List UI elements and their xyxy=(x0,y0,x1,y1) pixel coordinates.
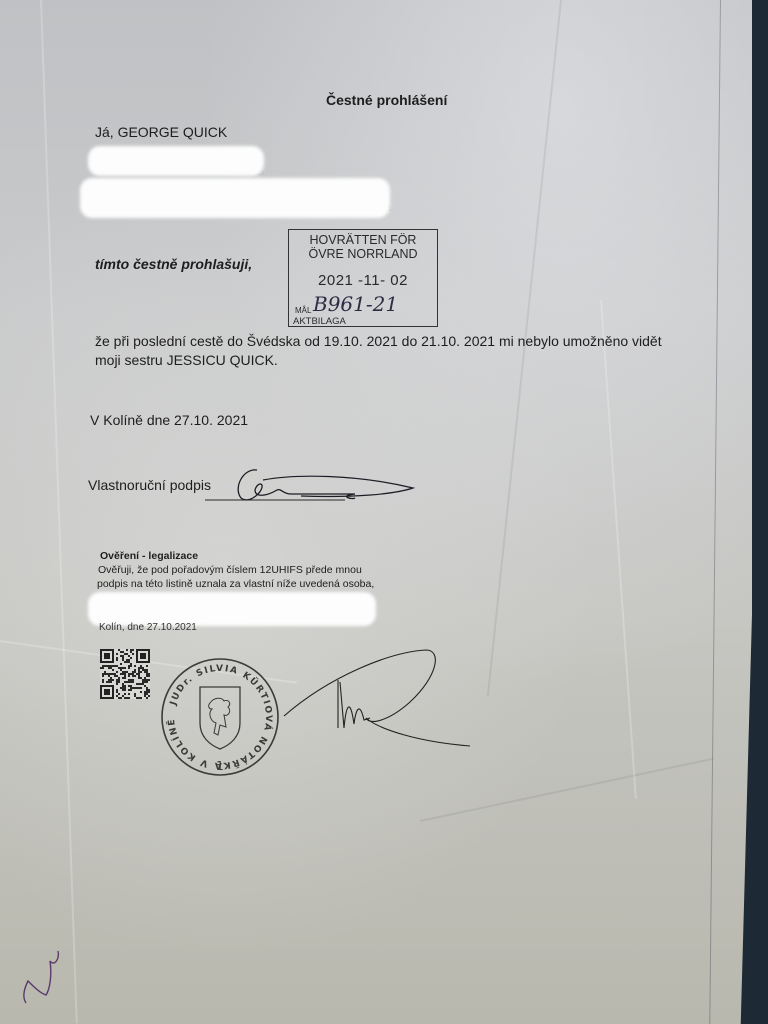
stamp-case-number: B961-21 xyxy=(313,292,398,316)
declaration-body-line-2: moji sestru JESSICU QUICK. xyxy=(95,352,278,368)
verification-text-line-2: podpis na této listině uznala za vlastní… xyxy=(97,578,374,590)
stamp-court-line-2: ÖVRE NORRLAND xyxy=(289,247,437,261)
declarant-signature xyxy=(205,460,425,510)
stamp-court-name: HOVRÄTTEN FÖR ÖVRE NORRLAND xyxy=(289,233,437,261)
declarant-name: Já, GEORGE QUICK xyxy=(95,124,227,140)
verification-date: Kolín, dne 27.10.2021 xyxy=(99,622,197,633)
redaction-block-address-2 xyxy=(80,178,390,218)
declaration-phrase: tímto čestně prohlašuji, xyxy=(95,256,252,272)
notary-signature xyxy=(270,646,480,756)
paper-crease xyxy=(420,758,714,822)
paper-fold-line xyxy=(709,0,721,1024)
stamp-attachment-label: AKTBILAGA xyxy=(293,316,346,327)
verification-text-line-1: Ověřuji, že pod pořadovým číslem 12UHIFS… xyxy=(98,564,362,576)
notary-round-seal: JUDr. SILVIA KÜRTIOVÁ NOTÁŘKA V KOLÍNĚ 1 xyxy=(158,655,282,779)
court-receipt-stamp: HOVRÄTTEN FÖR ÖVRE NORRLAND 2021 -11- 02… xyxy=(288,229,438,327)
paper-crease xyxy=(40,0,78,1023)
verification-title: Ověření - legalizace xyxy=(100,550,198,562)
seal-ring-text: JUDr. SILVIA KÜRTIOVÁ NOTÁŘKA V KOLÍNĚ xyxy=(165,664,275,771)
declaration-body-line-1: že při poslední cestě do Švédska od 19.1… xyxy=(95,333,662,349)
stamp-date: 2021 -11- 02 xyxy=(289,272,437,289)
stamp-court-line-1: HOVRÄTTEN FÖR xyxy=(289,233,437,247)
qr-code-icon xyxy=(100,649,150,699)
signature-label: Vlastnoruční podpis xyxy=(88,477,211,493)
paper-crease xyxy=(600,300,637,799)
lion-coat-of-arms-icon xyxy=(200,687,240,749)
svg-text:JUDr. SILVIA KÜRTIOVÁ NOTÁŘKA: JUDr. SILVIA KÜRTIOVÁ NOTÁŘKA V KOLÍNĚ xyxy=(165,664,275,771)
redaction-block-address-1 xyxy=(88,146,264,176)
document-title: Čestné prohlášení xyxy=(326,92,447,108)
place-and-date: V Kolíně dne 27.10. 2021 xyxy=(90,412,248,428)
seal-number: 1 xyxy=(216,759,224,773)
stamp-case-label: MÅL xyxy=(295,306,311,315)
pen-scribble-mark xyxy=(10,945,70,1015)
redaction-block-identity xyxy=(88,592,376,626)
